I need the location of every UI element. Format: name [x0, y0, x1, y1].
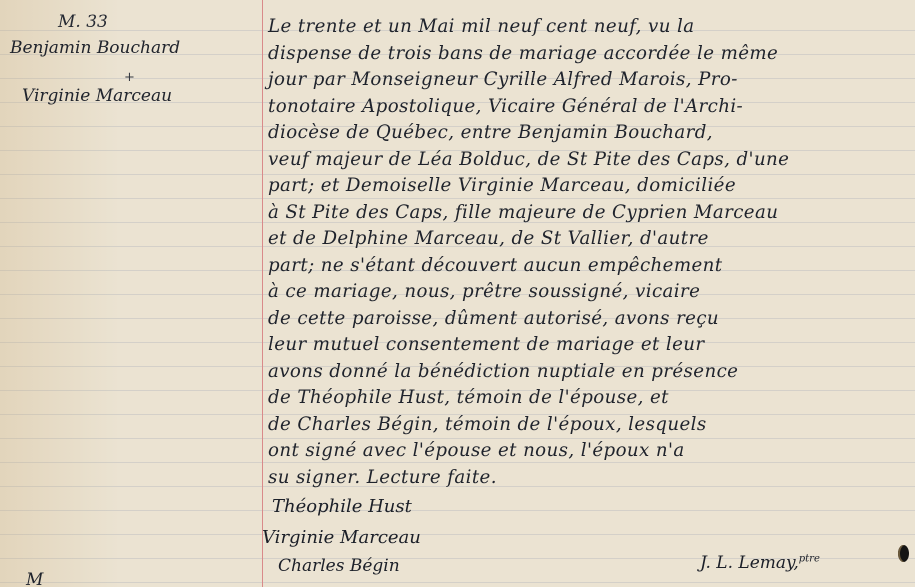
body-line: et de Delphine Marceau, de St Vallier, d… [268, 226, 908, 253]
body-line: tonotaire Apostolique, Vicaire Général d… [268, 94, 908, 121]
body-line: part; ne s'étant découvert aucun empêche… [268, 253, 908, 280]
priest-title: ptre [799, 553, 820, 564]
entry-body: Le trente et un Mai mil neuf cent neuf, … [268, 14, 908, 491]
body-line: de cette paroisse, dûment autorisé, avon… [268, 306, 908, 333]
margin-rule [262, 0, 263, 587]
body-line: part; et Demoiselle Virginie Marceau, do… [268, 173, 908, 200]
body-line: veuf majeur de Léa Bolduc, de St Pite de… [268, 147, 908, 174]
groom-name: Benjamin Bouchard [10, 38, 180, 58]
entry-number: M. 33 [58, 12, 108, 32]
body-line: su signer. Lecture faite. [268, 465, 908, 492]
next-entry-mark: M [26, 570, 43, 587]
body-line: diocèse de Québec, entre Benjamin Boucha… [268, 120, 908, 147]
binding-hole-icon [898, 545, 909, 562]
register-page: M. 33 Benjamin Bouchard + Virginie Marce… [0, 0, 915, 587]
bride-name: Virginie Marceau [22, 86, 172, 106]
plus-mark: + [124, 70, 135, 85]
body-line: avons donné la bénédiction nuptiale en p… [268, 359, 908, 386]
signature-priest: J. L. Lemay,ptre [700, 553, 820, 573]
signature-witness-groom: Charles Bégin [278, 556, 400, 576]
body-line: leur mutuel consentement de mariage et l… [268, 332, 908, 359]
priest-name: J. L. Lemay, [700, 553, 799, 573]
body-line: jour par Monseigneur Cyrille Alfred Maro… [268, 67, 908, 94]
body-line: ont signé avec l'épouse et nous, l'époux… [268, 438, 908, 465]
body-line: à ce mariage, nous, prêtre soussigné, vi… [268, 279, 908, 306]
signature-witness-bride: Théophile Hust [272, 496, 412, 517]
body-line: dispense de trois bans de mariage accord… [268, 41, 908, 68]
body-line: Le trente et un Mai mil neuf cent neuf, … [268, 14, 908, 41]
margin-column: M. 33 Benjamin Bouchard + Virginie Marce… [0, 0, 260, 587]
body-line: de Théophile Hust, témoin de l'épouse, e… [268, 385, 908, 412]
body-line: à St Pite des Caps, fille majeure de Cyp… [268, 200, 908, 227]
body-line: de Charles Bégin, témoin de l'époux, les… [268, 412, 908, 439]
signature-bride: Virginie Marceau [262, 527, 421, 548]
